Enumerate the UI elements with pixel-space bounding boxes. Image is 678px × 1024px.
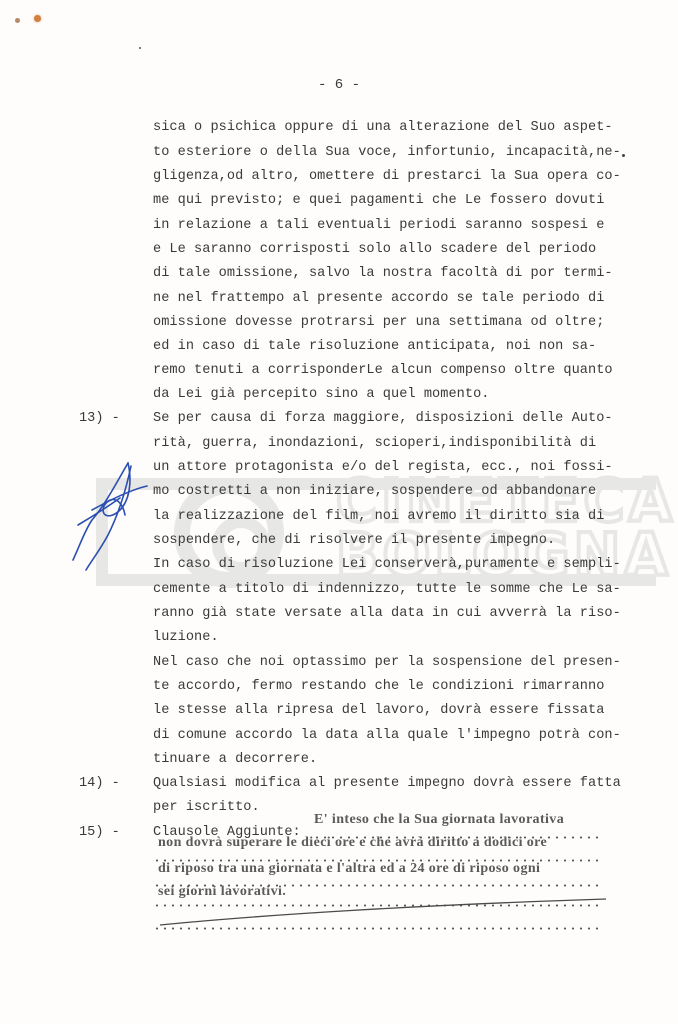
clause-14-number: 14) - <box>79 776 120 792</box>
clause-13-number: 13) - <box>79 411 120 427</box>
typed-addition-line: di riposo tra una giornata e l'altra ed … <box>158 861 540 877</box>
page-number: - 6 - <box>0 77 678 93</box>
dotted-fill-line <box>153 904 599 907</box>
body-line: sica o psichica oppure di una alterazion… <box>153 120 613 136</box>
clause-13-line: In caso di risoluzione Lei conserverà,pu… <box>153 557 621 573</box>
body-line: gligenza,od altro, omettere di prestarci… <box>153 169 621 185</box>
clause-14-line: Qualsiasi modifica al presente impegno d… <box>153 776 621 792</box>
clause-13-line: le stesse alla ripresa del lavoro, dovrà… <box>153 703 604 719</box>
body-line: to esteriore o della Sua voce, infortuni… <box>153 145 621 161</box>
clause-13-line: cemente a titolo di indennizzo, tutte le… <box>153 582 621 598</box>
paper-stain <box>34 15 41 22</box>
margin-mark <box>622 154 625 157</box>
clause-13-line: rità, guerra, inondazioni, scioperi,indi… <box>153 436 596 452</box>
clause-13-line: tinuare a decorrere. <box>153 752 317 768</box>
clause-13-line: sospendere, che di risolvere il presente… <box>153 533 555 549</box>
strike-line <box>160 899 606 925</box>
clause-13-line: di comune accordo la data alla quale l'i… <box>153 728 621 744</box>
body-line: in relazione a tali eventuali periodi sa… <box>153 218 604 234</box>
body-line: ne nel frattempo al presente accordo se … <box>153 291 604 307</box>
clause-13-line: luzione. <box>153 630 219 646</box>
typed-addition-line: E' inteso che la Sua giornata lavorativa <box>314 812 564 828</box>
typed-addition-line: non dovrà superare le dieci ore e che av… <box>158 835 547 851</box>
clause-13-line: mo costretti a non iniziare, sospendere … <box>153 484 596 500</box>
typed-addition-line: sei giorni lavorativi. <box>158 884 286 900</box>
body-line: e Le saranno corrisposti solo allo scade… <box>153 242 596 258</box>
clause-15-number: 15) - <box>79 825 120 841</box>
clause-13-line: te accordo, fermo restando che le condiz… <box>153 679 604 695</box>
document-page: CINETECA BOLOGNA - 6 - sica o psichica o… <box>0 0 678 1024</box>
clause-13-line: la realizzazione del film, noi avremo il… <box>153 509 604 525</box>
paper-speck <box>139 47 141 49</box>
body-line: me qui previsto; e quei pagamenti che Le… <box>153 193 604 209</box>
body-line: da Lei già percepito sino a quel momento… <box>153 387 490 403</box>
clause-13-line: ranno già state versate alla data in cui… <box>153 606 621 622</box>
body-line: remo tenuti a corrisponderLe alcun compe… <box>153 363 613 379</box>
body-line: ed in caso di tale risoluzione anticipat… <box>153 339 596 355</box>
clause-13-line: un attore protagonista e/o del regista, … <box>153 460 613 476</box>
clause-13-line: Nel caso che noi optassimo per la sospen… <box>153 655 621 671</box>
body-line: di tale omissione, salvo la nostra facol… <box>153 266 613 282</box>
body-line: omissione dovesse protrarsi per una sett… <box>153 315 604 331</box>
dotted-fill-line <box>153 927 599 930</box>
signature-initials-icon <box>73 463 147 570</box>
clause-13-line: Se per causa di forza maggiore, disposiz… <box>153 411 613 427</box>
paper-stain <box>15 18 20 23</box>
clause-14-line: per iscritto. <box>153 800 260 816</box>
